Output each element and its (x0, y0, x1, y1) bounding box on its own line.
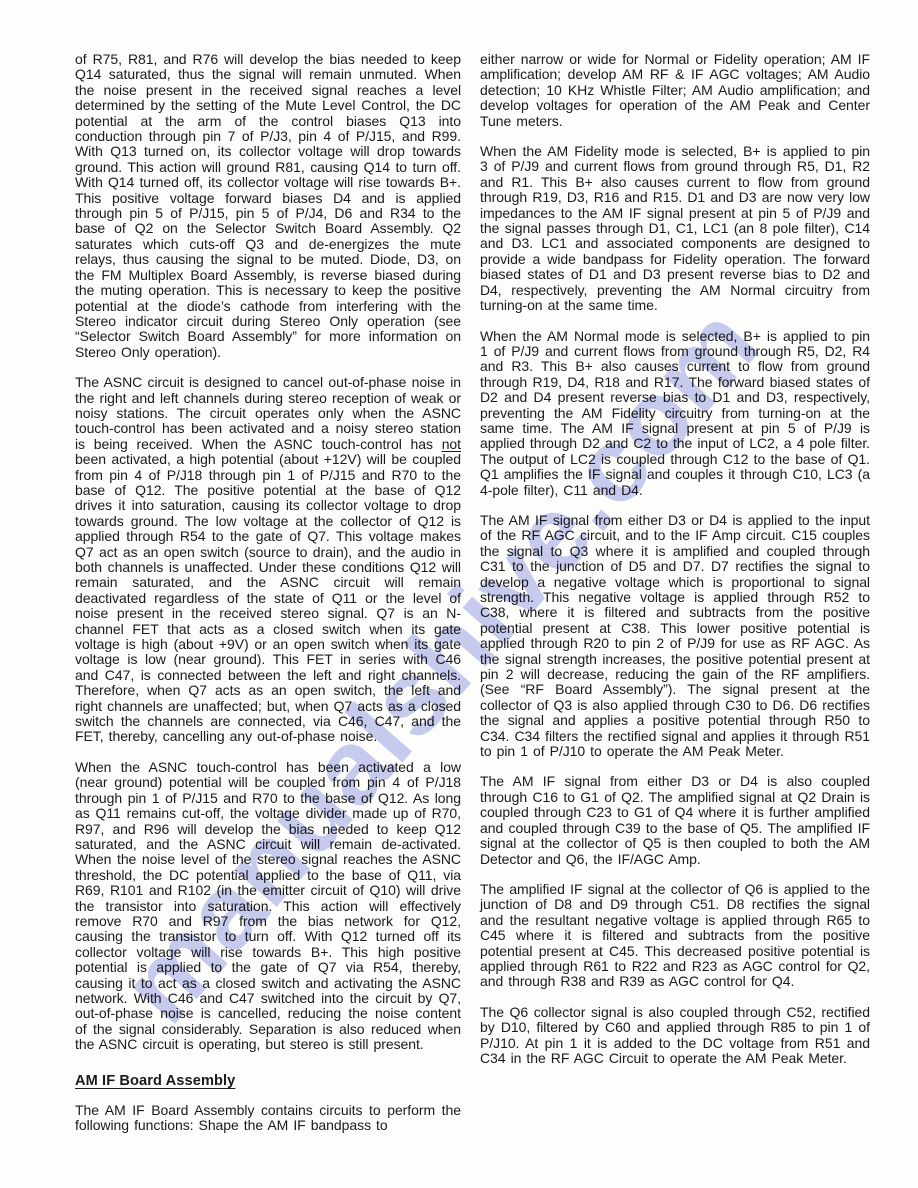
section-heading-am-if-board-assembly: AM IF Board Assembly (75, 1073, 461, 1089)
paragraph-if-agc-amp: The amplified IF signal at the collector… (480, 882, 870, 990)
scanned-manual-page: manualshive.com of R75, R81, and R76 wil… (0, 0, 918, 1188)
paragraph-text-segment: The ASNC circuit is designed to cancel o… (75, 374, 461, 452)
paragraph-if-amp-chain: The AM IF signal from either D3 or D4 is… (480, 774, 870, 866)
paragraph-am-normal-mode: When the AM Normal mode is selected, B+ … (480, 329, 870, 498)
paragraph-rf-agc: The AM IF signal from either D3 or D4 is… (480, 513, 870, 760)
paragraph-am-if-functions: either narrow or wide for Normal or Fide… (480, 52, 870, 129)
underlined-word: not (442, 436, 461, 452)
paragraph-text-segment: been activated, a high potential (about … (75, 451, 461, 744)
two-column-layout: of R75, R81, and R76 will develop the bi… (0, 0, 918, 1148)
paragraph-asnc-activated: When the ASNC touch-control has been act… (75, 760, 461, 1053)
left-column: of R75, R81, and R76 will develop the bi… (75, 52, 461, 1148)
paragraph-asnc-overview: The ASNC circuit is designed to cancel o… (75, 375, 461, 745)
right-column: either narrow or wide for Normal or Fide… (480, 52, 870, 1148)
paragraph-am-fidelity-mode: When the AM Fidelity mode is selected, B… (480, 144, 870, 313)
paragraph-muting-circuit: of R75, R81, and R76 will develop the bi… (75, 52, 461, 360)
paragraph-q6-collector: The Q6 collector signal is also coupled … (480, 1005, 870, 1067)
paragraph-am-if-intro: The AM IF Board Assembly contains circui… (75, 1103, 461, 1134)
